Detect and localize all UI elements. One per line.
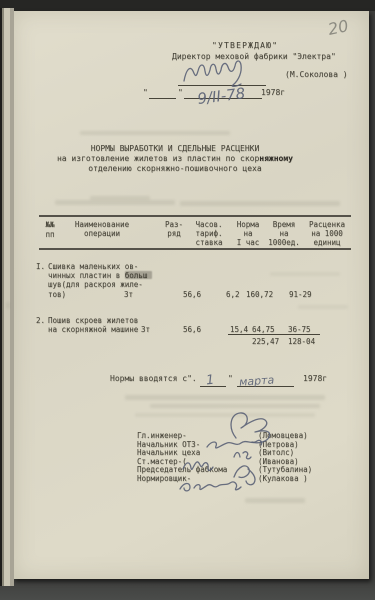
table-header-rule: [39, 248, 351, 250]
row-hourly-rate: 56,6: [183, 290, 201, 299]
signatory-name: (Ломовцева): [258, 431, 308, 440]
signatory-label: Председатель фабкома: [137, 465, 227, 474]
col-header-grade: Раз- ряд: [160, 221, 188, 239]
date-blank-line: [149, 98, 176, 99]
bleed-through-smudge: [80, 131, 230, 135]
title-line2-overtyped: няжному: [259, 154, 293, 163]
bleed-through-smudge: [270, 272, 340, 276]
signatory-label: Нормировщик-: [137, 474, 191, 483]
approval-director-line: Директор меховой фабрики "Электра": [172, 52, 336, 61]
document-title-line1: НОРМЫ ВЫРАБОТКИ И СДЕЛЬНЫЕ РАСЦЕНКИ: [20, 144, 330, 153]
table-top-rule: [39, 215, 351, 217]
col-header-number: №№: [40, 221, 60, 230]
col-header-price: Расценка на 1000 единиц: [303, 221, 351, 247]
row-grade: 3т: [141, 325, 150, 334]
col-header-number-sub: пп: [40, 231, 60, 240]
bleed-through-smudge: [298, 305, 348, 309]
date-quote-open: ": [143, 88, 148, 97]
row-price: 36-75: [288, 325, 311, 334]
signatory-name: (Тутубалина): [258, 465, 312, 474]
totals-rule: [228, 334, 320, 335]
approval-date-year: 1978г: [261, 88, 285, 97]
date-blank-line: [184, 98, 262, 99]
scanned-document: 20 "УТВЕРЖДАЮ" Директор меховой фабрики …: [0, 0, 375, 600]
bleed-through-smudge: [90, 196, 150, 200]
col-header-operation: Наименование операции: [62, 221, 142, 239]
signatory-label: Гл.инженер-: [137, 431, 187, 440]
signatory-name: (Витолс): [258, 448, 294, 457]
approval-stamp: "УТВЕРЖДАЮ": [212, 41, 278, 50]
date-quote-close: ": [178, 88, 183, 97]
title-line2-text: на изготовление жилетов из пластин по ск…: [57, 154, 259, 163]
row-number: I.: [36, 262, 45, 271]
signatory-name: (Кулакова ): [258, 474, 308, 483]
row-grade: 3т: [124, 290, 133, 299]
signatory-label: Начальник цеха: [137, 448, 200, 457]
effective-year: 1978г: [303, 374, 327, 383]
document-title-line3: отделению скорняжно-пошивочного цеха: [20, 164, 330, 173]
page-left-edge: [0, 8, 14, 586]
bleed-through-smudge: [125, 395, 325, 400]
total-price: 128-04: [288, 337, 315, 346]
signature-line: [178, 85, 266, 86]
effective-day-line: [200, 386, 226, 387]
bleed-through-smudge: [150, 404, 320, 408]
col-header-hourly-rate: Часов. тариф. ставка: [190, 221, 228, 247]
bleed-through-smudge: [135, 413, 315, 417]
row-number: 2.: [36, 316, 45, 325]
col-header-time: Время на 1000ед.: [264, 221, 304, 247]
row-norm: 6,2: [226, 290, 240, 299]
row-time: 160,72: [246, 290, 273, 299]
row-time: 64,75: [252, 325, 275, 334]
document-title-line2: на изготовление жилетов из пластин по ск…: [20, 154, 330, 163]
row-hourly-rate: 56,6: [183, 325, 201, 334]
effective-month-line: [237, 386, 294, 387]
effective-date-prefix: Нормы вводятся с".: [110, 374, 197, 383]
overstrike-mark: [125, 271, 152, 279]
row-operation-text: Сшивка маленьких ов- чинных пластин в бо…: [48, 262, 158, 299]
bleed-through-smudge: [180, 201, 340, 206]
row-price: 91-29: [289, 290, 312, 299]
total-time: 225,47: [252, 337, 279, 346]
row-norm: 15,4: [230, 325, 248, 334]
bleed-through-smudge: [55, 200, 175, 205]
bleed-through-smudge: [245, 498, 305, 503]
margin-pencil-mark: [6, 302, 10, 309]
col-header-norm: Норма на I час: [229, 221, 267, 247]
approval-director-name: (М.Соколова ): [285, 70, 348, 79]
effective-quote-close: ": [228, 374, 233, 383]
